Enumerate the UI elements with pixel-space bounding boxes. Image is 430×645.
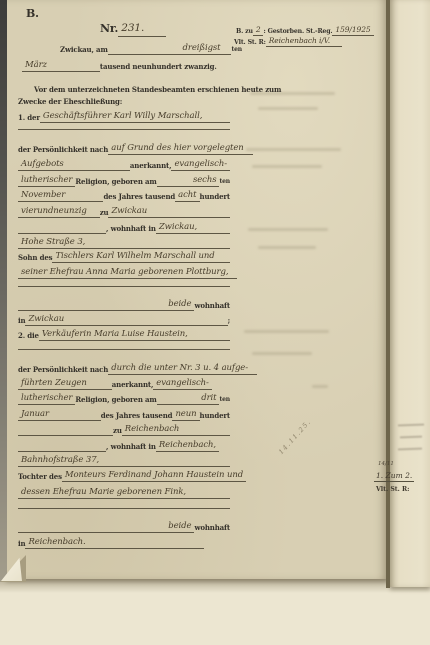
bride-name-value: Verkäuferin Maria Luise Haustein,	[39, 330, 191, 341]
side-note-mark: 14/11	[378, 461, 394, 467]
rule-line	[191, 330, 230, 341]
rule-line	[157, 394, 199, 405]
stamp-prefix: B. zu	[236, 28, 253, 36]
bride-parents-residence-value: Reichenbach.	[25, 538, 88, 549]
bride-blank-row	[18, 349, 230, 350]
groom-blank-row-2	[18, 286, 230, 287]
bride-religion-label: Religion, geboren am	[75, 396, 156, 405]
bride-parents-residence-row-2: in Reichenbach.	[18, 538, 204, 549]
rule-line	[251, 364, 257, 375]
groom-identity-value-1: auf Grund des hier vorgelegten	[108, 144, 246, 155]
rule-line	[88, 238, 230, 249]
groom-mother-value: seiner Ehefrau Anna Maria geborenen Plot…	[18, 268, 231, 279]
rule-line	[200, 223, 230, 234]
intro-line-2: Zwecke der Eheschließung:	[18, 98, 122, 107]
bride-street-row: Bahnhofstraße 37,	[18, 456, 230, 467]
rule-line	[150, 207, 230, 218]
bride-both-value: beide	[165, 522, 194, 533]
bride-identity-row-2: führten Zeugen anerkannt, evangelisch-	[18, 379, 230, 390]
groom-father-value: Tischlers Karl Wilhelm Marschall und	[52, 252, 217, 263]
groom-resident-label: , wohnhaft in	[106, 225, 156, 234]
bride-blank-row-2	[18, 508, 230, 509]
groom-recognized-label: anerkannt,	[130, 162, 172, 171]
record-number-row: Nr. 231.	[100, 23, 180, 37]
bride-child-label: Tochter des	[18, 473, 62, 482]
groom-year-label-b: hundert	[200, 193, 231, 202]
bride-religion-value-1: evangelisch-	[153, 379, 212, 390]
rule-line	[67, 160, 130, 171]
registry-stamp-line-1: B. zu 2 : Gestorben. St.-Reg. 159/1925	[236, 26, 382, 36]
groom-birth-day-value: sechs	[190, 176, 220, 187]
date-month-value: März	[22, 61, 50, 72]
rule-line	[18, 441, 106, 452]
form-letter: B.	[26, 8, 39, 22]
marriage-register-scan: { "document": { "corner_letter": "B.", "…	[0, 0, 430, 645]
intro-text-1: Vor dem unterzeichneten Standesbeamten e…	[34, 86, 281, 95]
bride-mother-value: dessen Ehefrau Marie geborenen Fink,	[18, 488, 189, 499]
groom-identity-row: der Persönlichkeit nach auf Grund des hi…	[18, 144, 232, 155]
groom-birthplace-row: vierundneunzig zu Zwickau	[18, 207, 230, 218]
bride-in-label: in	[18, 540, 25, 549]
rule-line	[18, 223, 106, 234]
left-scan-edge	[0, 0, 7, 582]
bride-birthplace-row: zu Reichenbach	[18, 425, 230, 436]
groom-identity-row-2: Aufgebots anerkannt, evangelisch-	[18, 160, 230, 171]
bride-identity-value-1: durch die unter Nr. 3 u. 4 aufge-	[108, 364, 251, 375]
rule-line	[205, 112, 230, 123]
date-day-suffix: ten	[231, 47, 242, 55]
rule-line	[18, 129, 230, 130]
rule-line	[50, 61, 100, 72]
record-number-label: Nr.	[100, 23, 118, 37]
page-gutter	[386, 0, 390, 588]
rule-line	[108, 44, 180, 55]
date-year-label: tausend neunhundert zwanzig.	[100, 63, 217, 72]
bride-identity-value-2: führten Zeugen	[18, 379, 90, 390]
stamp-place-value: Reichenbach i/V.	[266, 37, 342, 47]
rule-line	[247, 144, 253, 155]
bride-recognized-label: anerkannt,	[112, 381, 154, 390]
bride-prefix: 2. die	[18, 332, 39, 341]
rule-line	[18, 425, 113, 436]
groom-resident-word: wohnhaft	[194, 302, 230, 311]
groom-birth-place-value: Zwickau	[108, 207, 150, 218]
bride-birth-place-value: Reichenbach	[122, 425, 183, 436]
groom-identity-value-2: Aufgebots	[18, 160, 67, 171]
groom-father-row: Sohn des Tischlers Karl Wilhelm Marschal…	[18, 252, 230, 263]
side-note-line-1: 1. Zum 2.	[374, 471, 414, 482]
bride-name-row: 2. die Verkäuferin Maria Luise Haustein,	[18, 330, 230, 341]
rule-line	[231, 268, 237, 279]
groom-parents-residence-row-2: in Zwickau ;	[18, 315, 230, 326]
desk-surface-shadow	[0, 579, 430, 593]
bride-year-hundreds-value: neun	[172, 410, 199, 421]
rule-line	[90, 379, 112, 390]
groom-parents-residence-row-1: beide wohnhaft	[18, 300, 230, 311]
bride-residence-value: Reichenbach,	[156, 441, 219, 452]
date-year-row: März tausend neunhundert zwanzig.	[22, 61, 232, 72]
rule-line	[67, 315, 227, 326]
side-note-line-2: Vlt. St. R:	[376, 486, 409, 493]
bride-resident-label: , wohnhaft in	[106, 443, 156, 452]
bride-father-row: Tochter des Monteurs Ferdinand Johann Ha…	[18, 471, 230, 482]
bride-identity-row: der Persönlichkeit nach durch die unter …	[18, 364, 232, 375]
bride-zu-label: zu	[113, 427, 122, 436]
groom-year-label-a: des Jahres tausend	[103, 193, 175, 202]
registry-stamp-line-2: Vlt. St. R: Reichenbach i/V.	[234, 37, 380, 47]
corner-letter: B.	[26, 8, 39, 22]
groom-religion-label: Religion, geboren am	[75, 178, 156, 187]
rule-line	[18, 522, 165, 533]
intro-text-2: Zwecke der Eheschließung:	[18, 98, 122, 107]
bride-mother-row: dessen Ehefrau Marie geborenen Fink,	[18, 488, 230, 499]
rule-line	[102, 456, 230, 467]
rule-line	[89, 538, 204, 549]
rule-line	[223, 44, 231, 55]
bride-year-label-a: des Jahres tausend	[101, 412, 173, 421]
bride-birth-month-value: Januar	[18, 410, 52, 421]
groom-parents-residence-value: Zwickau	[25, 315, 67, 326]
groom-year-hundreds-value: acht	[175, 191, 199, 202]
bride-identity-label: der Persönlichkeit nach	[18, 366, 108, 375]
groom-both-value: beide	[165, 300, 194, 311]
rule-line	[68, 191, 103, 202]
groom-semicolon: ;	[228, 317, 230, 326]
stamp-register-number: 159/1925	[332, 26, 373, 36]
groom-street-row: Hohe Straße 3,	[18, 238, 230, 249]
bride-birth-day-suffix: ten	[219, 397, 230, 405]
date-place-label: Zwickau, am	[60, 46, 108, 55]
intro-line-1: Vor dem unterzeichneten Standesbeamten e…	[34, 86, 281, 95]
date-day-value: dreißigst	[180, 44, 224, 55]
groom-residence-value: Zwickau,	[156, 223, 200, 234]
bride-birth-day-value: drit	[198, 394, 219, 405]
stamp-ref-number: 2	[253, 26, 264, 36]
groom-religion-value-2: lutherischer	[18, 176, 75, 187]
groom-identity-label: der Persönlichkeit nach	[18, 146, 108, 155]
rule-line	[18, 508, 230, 509]
date-place-row: Zwickau, am dreißigst ten	[60, 44, 242, 55]
rule-line	[52, 410, 101, 421]
groom-prefix: 1. der	[18, 114, 40, 123]
groom-name-row: 1. der Geschäftsführer Karl Willy Marsch…	[18, 112, 230, 123]
groom-birth-month-value: November	[18, 191, 68, 202]
groom-religion-row: lutherischer Religion, geboren am sechs …	[18, 176, 230, 187]
bride-year-label-b: hundert	[200, 412, 231, 421]
bride-birthyear-row: Januar des Jahres tausend neun hundert	[18, 410, 230, 421]
groom-mother-row: seiner Ehefrau Anna Maria geborenen Plot…	[18, 268, 230, 279]
groom-street-value: Hohe Straße 3,	[18, 238, 88, 249]
bride-parents-residence-row-1: beide wohnhaft	[18, 522, 230, 533]
groom-residence-row: , wohnhaft in Zwickau,	[18, 223, 230, 234]
groom-year-tens-value: vierundneunzig	[18, 207, 90, 218]
page-right-sliver	[390, 0, 430, 587]
groom-religion-value-1: evangelisch-	[171, 160, 230, 171]
rule-line	[18, 286, 230, 287]
groom-name-value: Geschäftsführer Karl Willy Marschall,	[40, 112, 205, 123]
bride-father-value: Monteurs Ferdinand Johann Haustein und	[62, 471, 246, 482]
groom-child-label: Sohn des	[18, 254, 52, 263]
rule-line	[18, 349, 230, 350]
groom-blank-row	[18, 129, 230, 130]
rule-line	[189, 488, 230, 499]
groom-birth-day-suffix: ten	[219, 179, 230, 187]
groom-zu-label: zu	[100, 209, 109, 218]
bride-religion-row: lutherischer Religion, geboren am drit t…	[18, 394, 230, 405]
groom-in-label: in	[18, 317, 25, 326]
groom-birthyear-row: November des Jahres tausend acht hundert	[18, 191, 230, 202]
record-number-value: 231.	[118, 23, 166, 37]
rule-line	[157, 176, 190, 187]
rule-line	[218, 252, 230, 263]
bride-street-value: Bahnhofstraße 37,	[18, 456, 102, 467]
rule-line	[18, 300, 165, 311]
bride-residence-row: , wohnhaft in Reichenbach,	[18, 441, 230, 452]
bride-religion-value-2: lutherischer	[18, 394, 75, 405]
rule-line	[90, 207, 100, 218]
rule-line	[182, 425, 230, 436]
bride-resident-word: wohnhaft	[194, 524, 230, 533]
